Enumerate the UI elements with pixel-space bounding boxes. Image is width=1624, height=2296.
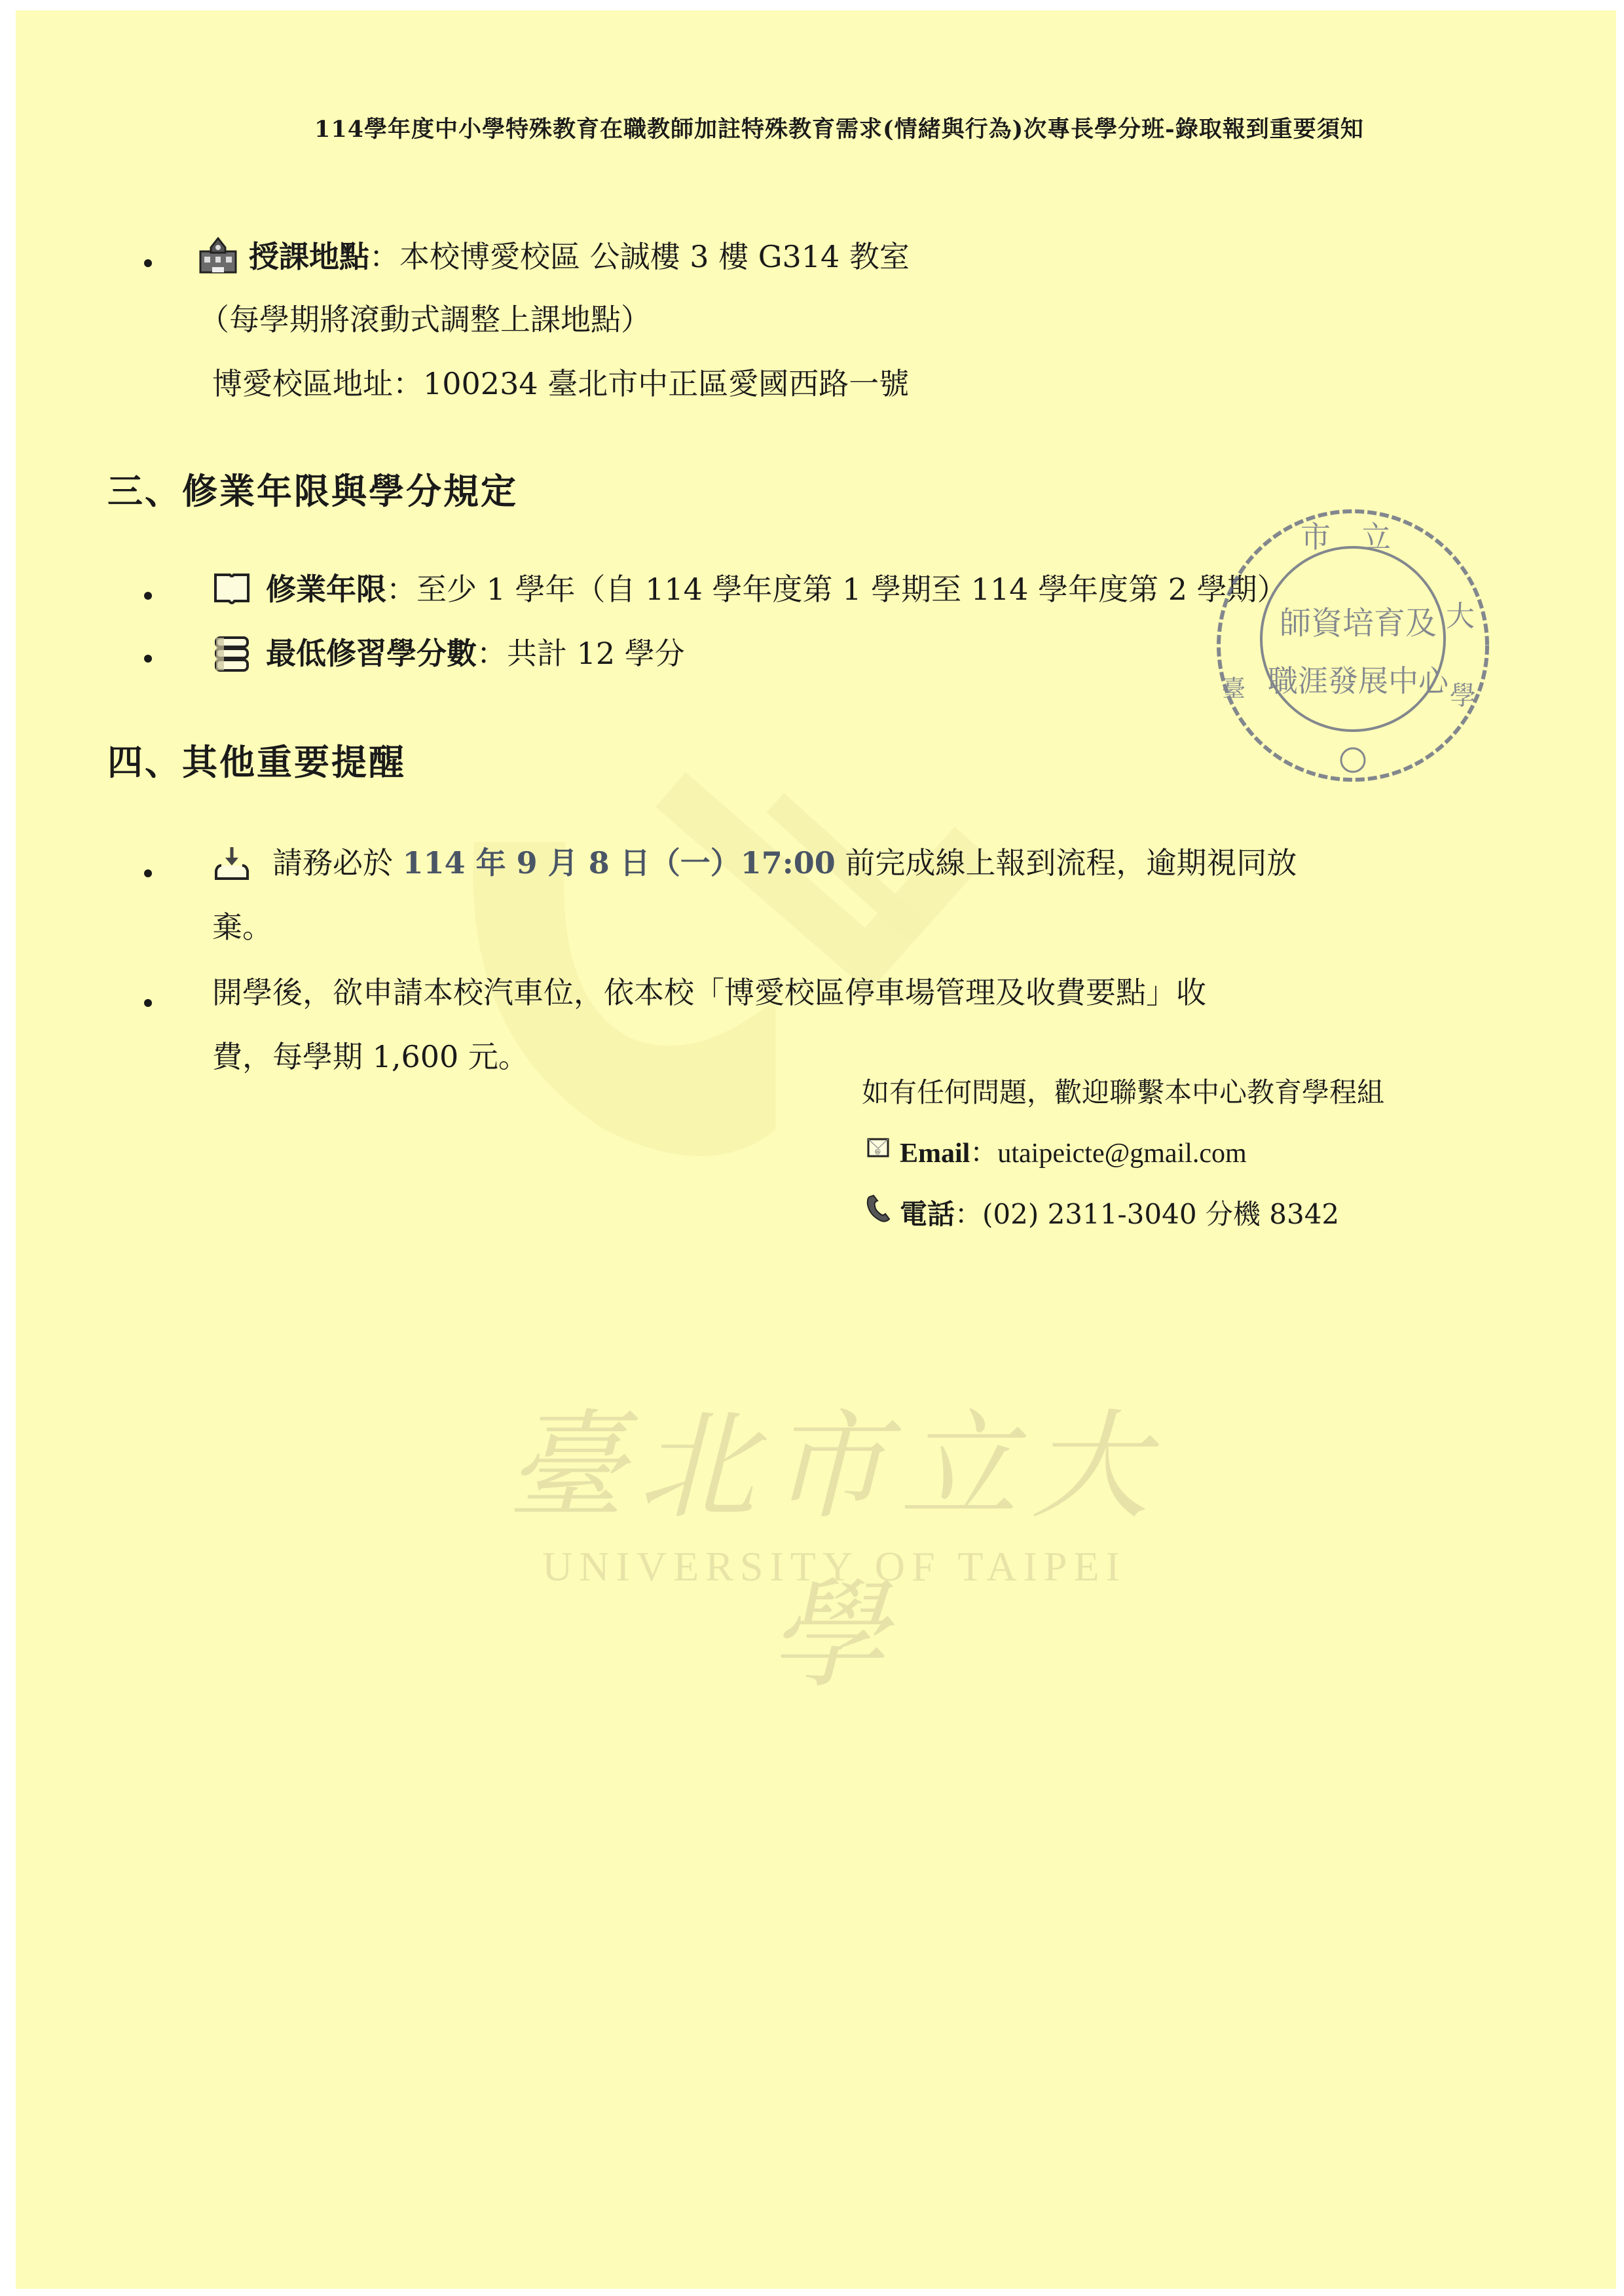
parking-notice-line-1: 開學後，欲申請本校汽車位，依本校「博愛校區停車場管理及收費要點」收 bbox=[212, 973, 1206, 1012]
svg-text:大: 大 bbox=[1446, 600, 1475, 633]
school-building-icon bbox=[198, 237, 238, 275]
watermark-chinese-name: 臺北市立大學 bbox=[474, 1372, 1194, 1710]
bullet bbox=[144, 259, 152, 267]
bullet bbox=[144, 592, 152, 600]
deadline-suffix: 前完成線上報到流程，逾期視同放 bbox=[845, 845, 1297, 881]
phone-label: 電話 bbox=[900, 1198, 955, 1230]
deadline-date: 114 年 9 月 8 日（一）17:00 bbox=[403, 845, 836, 881]
stacked-books-icon bbox=[213, 635, 250, 673]
bullet bbox=[144, 655, 152, 663]
min-credits: 最低修習學分數：共計 12 學分 bbox=[266, 634, 685, 673]
official-seal-stamp: 市 立 大 臺 學 師資培育及 職涯發展中心 bbox=[1202, 495, 1504, 796]
location-line: 授課地點：本校博愛校區 公誠樓 3 樓 G314 教室 bbox=[249, 237, 910, 276]
section-4-title: 四、其他重要提醒 bbox=[107, 735, 406, 785]
download-tray-icon bbox=[213, 846, 250, 883]
document-header: 114學年度中小學特殊教育在職教師加註特殊教育需求(情緒與行為)次專長學分班-錄… bbox=[314, 111, 1591, 144]
email-label: Email bbox=[900, 1139, 970, 1169]
svg-text:師資培育及: 師資培育及 bbox=[1280, 605, 1437, 642]
contact-phone: 電話：(02) 2311-3040 分機 8342 bbox=[900, 1193, 1339, 1232]
campus-address: 博愛校區地址：100234 臺北市中正區愛國西路一號 bbox=[212, 364, 909, 403]
svg-text:職涯發展中心: 職涯發展中心 bbox=[1268, 663, 1450, 699]
contact-email: Email：utaipeicte@gmail.com bbox=[900, 1131, 1247, 1171]
location-label: 授課地點 bbox=[249, 239, 369, 274]
svg-text:學: 學 bbox=[1450, 681, 1476, 711]
study-duration-label: 修業年限 bbox=[266, 572, 386, 607]
deadline-prefix: 請務必於 bbox=[272, 845, 393, 881]
section-3-title: 三、修業年限與學分規定 bbox=[107, 464, 518, 514]
phone-value[interactable]: ：(02) 2311-3040 分機 8342 bbox=[955, 1198, 1339, 1230]
watermark-english-name: UNIVERSITY OF TAIPEI bbox=[487, 1542, 1181, 1591]
registration-deadline-line-1: 請務必於 114 年 9 月 8 日（一）17:00 前完成線上報到流程，逾期視… bbox=[272, 843, 1297, 883]
study-duration: 修業年限：至少 1 學年（自 114 學年度第 1 學期至 114 學年度第 2… bbox=[266, 570, 1287, 609]
study-duration-value: ：至少 1 學年（自 114 學年度第 1 學期至 114 學年度第 2 學期） bbox=[386, 572, 1287, 607]
bullet bbox=[144, 999, 152, 1007]
parking-notice-line-2: 費，每學期 1,600 元。 bbox=[212, 1037, 528, 1076]
open-book-icon bbox=[213, 572, 250, 606]
svg-text:臺: 臺 bbox=[1222, 676, 1246, 702]
svg-text:市 立: 市 立 bbox=[1301, 519, 1391, 555]
registration-deadline-line-2: 棄。 bbox=[212, 907, 272, 947]
location-value: ：本校博愛校區 公誠樓 3 樓 G314 教室 bbox=[369, 239, 910, 274]
contact-intro: 如有任何問題，歡迎聯繫本中心教育學程組 bbox=[862, 1071, 1384, 1110]
min-credits-value: ：共計 12 學分 bbox=[477, 636, 685, 671]
email-link[interactable]: ：utaipeicte@gmail.com bbox=[970, 1139, 1246, 1169]
envelope-icon: @ bbox=[867, 1138, 889, 1157]
phone-icon bbox=[866, 1194, 892, 1223]
location-note: （每學期將滾動式調整上課地點） bbox=[199, 300, 651, 339]
bullet bbox=[144, 869, 152, 877]
svg-text:@: @ bbox=[875, 1149, 881, 1156]
min-credits-label: 最低修習學分數 bbox=[266, 636, 477, 671]
document-page: 臺北市立大學 UNIVERSITY OF TAIPEI 114學年度中小學特殊教… bbox=[16, 10, 1616, 2289]
